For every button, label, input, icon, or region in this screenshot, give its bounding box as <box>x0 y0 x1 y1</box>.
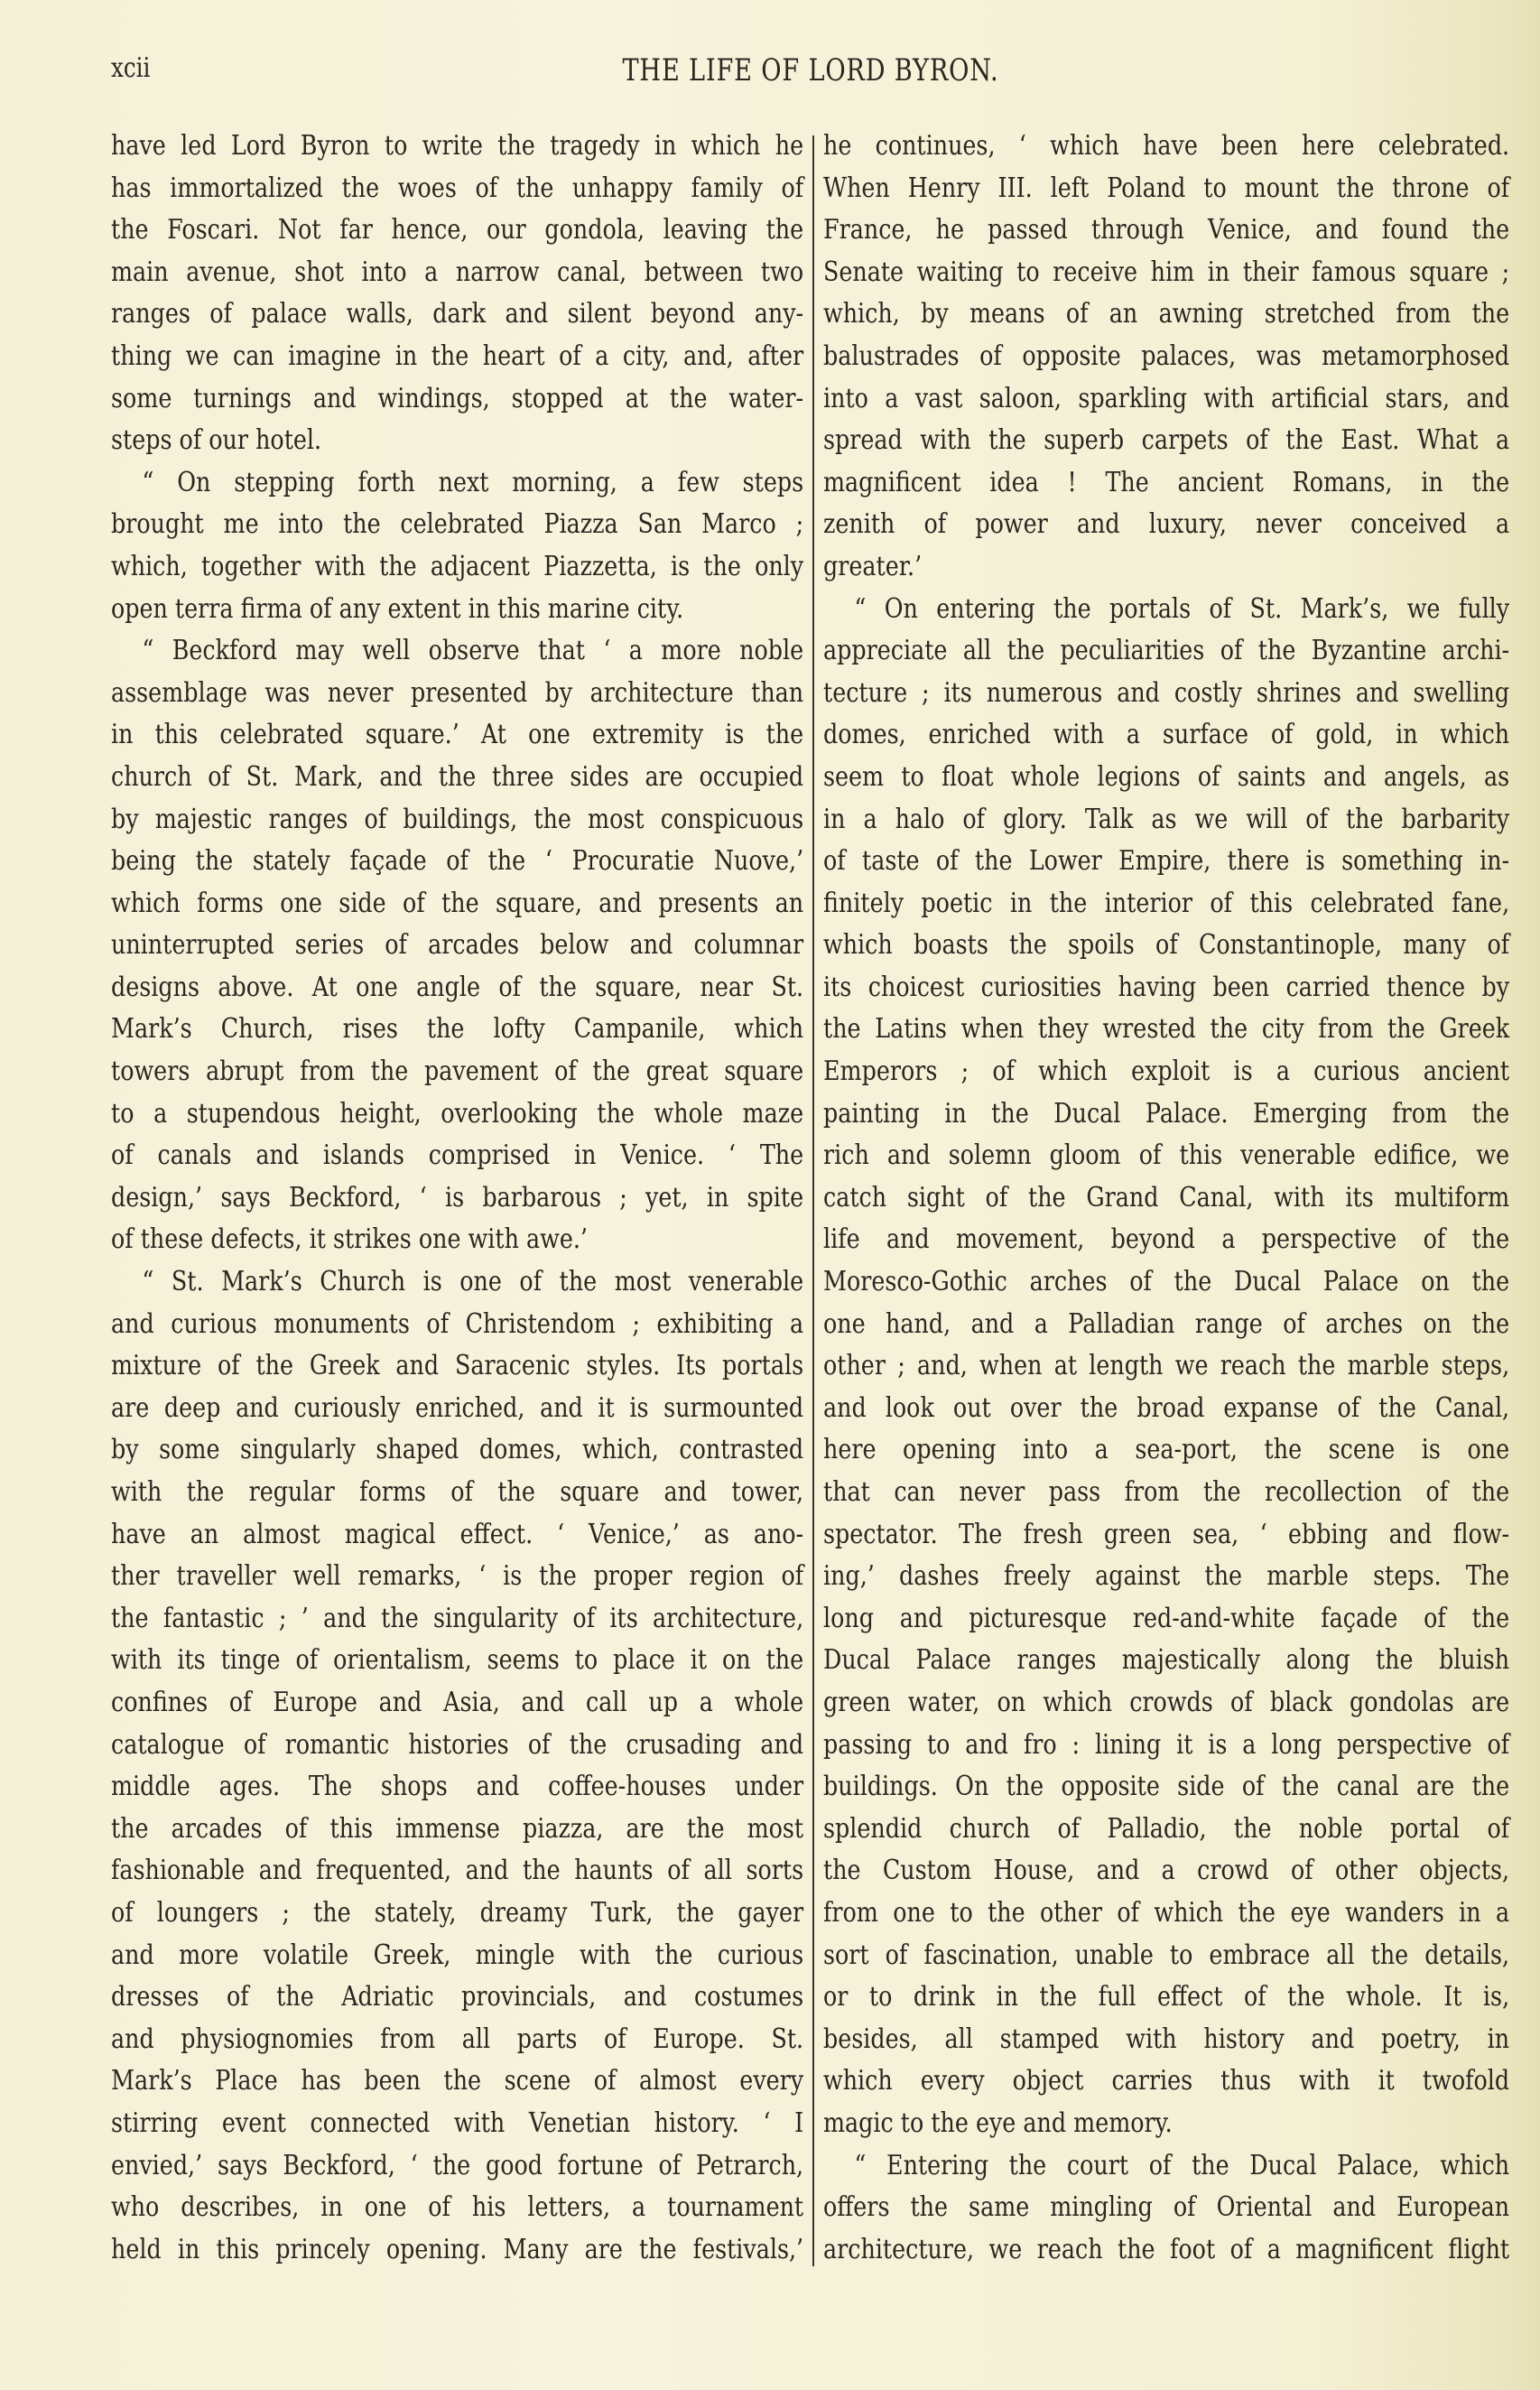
text-line: into a vast saloon, sparkling with artif… <box>823 377 1509 420</box>
text-line: which, together with the adjacent Piazze… <box>111 545 803 588</box>
text-line: magnificent idea ! The ancient Romans, i… <box>823 461 1509 504</box>
text-line: which every object carries thus with it … <box>823 2060 1509 2102</box>
right-column: he continues, ‘ which have been here cel… <box>823 125 1509 2270</box>
page-number: xcii <box>111 52 150 84</box>
text-line: Senate waiting to receive him in their f… <box>823 251 1509 293</box>
text-line: steps of our hotel. <box>111 419 803 461</box>
book-page: xcii THE LIFE OF LORD BYRON. have led Lo… <box>0 0 1540 2390</box>
text-line: other ; and, when at length we reach the… <box>823 1344 1509 1387</box>
text-line: France, he passed through Venice, and fo… <box>823 209 1509 251</box>
text-line: the Foscari. Not far hence, our gondola,… <box>111 209 803 251</box>
text-line: rich and solemn gloom of this venerable … <box>823 1134 1509 1176</box>
text-line: who describes, in one of his letters, a … <box>111 2186 803 2228</box>
text-line: and physiognomies from all parts of Euro… <box>111 2018 803 2060</box>
text-line: besides, all stamped with history and po… <box>823 2018 1509 2060</box>
text-line: ranges of palace walls, dark and silent … <box>111 293 803 335</box>
text-line: domes, enriched with a surface of gold, … <box>823 713 1509 756</box>
text-line: greater.’ <box>823 545 1509 588</box>
text-line: catalogue of romantic histories of the c… <box>111 1724 803 1766</box>
text-line: and curious monuments of Christendom ; e… <box>111 1303 803 1345</box>
text-line: has immortalized the woes of the unhappy… <box>111 167 803 209</box>
text-line: he continues, ‘ which have been here cel… <box>823 125 1509 167</box>
running-head: xcii THE LIFE OF LORD BYRON. <box>111 47 1510 92</box>
text-line: life and movement, beyond a perspective … <box>823 1218 1509 1260</box>
text-line: offers the same mingling of Oriental and… <box>823 2186 1509 2228</box>
text-line: have led Lord Byron to write the tragedy… <box>111 125 803 167</box>
text-line: Emperors ; of which exploit is a curious… <box>823 1050 1509 1093</box>
text-line: sort of fascination, unable to embrace a… <box>823 1934 1509 1976</box>
text-line: here opening into a sea-port, the scene … <box>823 1428 1509 1471</box>
text-line: spread with the superb carpets of the Ea… <box>823 419 1509 461</box>
text-line: middle ages. The shops and coffee-houses… <box>111 1765 803 1808</box>
text-line: in this celebrated square.’ At one extre… <box>111 713 803 756</box>
text-line: confines of Europe and Asia, and call up… <box>111 1681 803 1724</box>
text-line: envied,’ says Beckford, ‘ the good fortu… <box>111 2144 803 2187</box>
text-line: spectator. The fresh green sea, ‘ ebbing… <box>823 1513 1509 1556</box>
text-line: Moresco-Gothic arches of the Ducal Palac… <box>823 1260 1509 1303</box>
column-rule <box>812 135 814 2266</box>
text-line: When Henry III. left Poland to mount the… <box>823 167 1509 209</box>
text-line: mixture of the Greek and Saracenic style… <box>111 1344 803 1387</box>
text-line: the Custom House, and a crowd of other o… <box>823 1849 1509 1892</box>
text-line: main avenue, shot into a narrow canal, b… <box>111 251 803 293</box>
text-line: ther traveller well remarks, ‘ is the pr… <box>111 1555 803 1597</box>
text-line: “ Entering the court of the Ducal Palace… <box>823 2144 1509 2187</box>
text-line: buildings. On the opposite side of the c… <box>823 1765 1509 1808</box>
text-line: architecture, we reach the foot of a mag… <box>823 2228 1509 2271</box>
text-line: “ On stepping forth next morning, a few … <box>111 461 803 504</box>
text-line: designs above. At one angle of the squar… <box>111 966 803 1009</box>
text-line: passing to and fro : lining it is a long… <box>823 1724 1509 1766</box>
text-line: which boasts the spoils of Constantinopl… <box>823 924 1509 966</box>
text-line: by majestic ranges of buildings, the mos… <box>111 798 803 841</box>
text-line: thing we can imagine in the heart of a c… <box>111 335 803 377</box>
text-line: magic to the eye and memory. <box>823 2102 1509 2144</box>
text-line: long and picturesque red-and-white façad… <box>823 1597 1509 1640</box>
text-line: by some singularly shaped domes, which, … <box>111 1428 803 1471</box>
text-line: painting in the Ducal Palace. Emerging f… <box>823 1093 1509 1135</box>
text-line: Ducal Palace ranges majestically along t… <box>823 1639 1509 1681</box>
text-line: one hand, and a Palladian range of arche… <box>823 1303 1509 1345</box>
text-line: the Latins when they wrested the city fr… <box>823 1008 1509 1050</box>
text-line: with the regular forms of the square and… <box>111 1471 803 1513</box>
text-line: fashionable and frequented, and the haun… <box>111 1849 803 1892</box>
text-line: of loungers ; the stately, dreamy Turk, … <box>111 1892 803 1934</box>
text-line: zenith of power and luxury, never concei… <box>823 503 1509 545</box>
text-line: splendid church of Palladio, the noble p… <box>823 1808 1509 1850</box>
text-line: brought me into the celebrated Piazza Sa… <box>111 503 803 545</box>
text-line: of these defects, it strikes one with aw… <box>111 1218 803 1260</box>
text-line: the arcades of this immense piazza, are … <box>111 1808 803 1850</box>
running-title: THE LIFE OF LORD BYRON. <box>251 52 1370 88</box>
text-line: Mark’s Church, rises the lofty Campanile… <box>111 1008 803 1050</box>
text-line: of canals and islands comprised in Venic… <box>111 1134 803 1176</box>
text-line: and more volatile Greek, mingle with the… <box>111 1934 803 1976</box>
left-column: have led Lord Byron to write the tragedy… <box>111 125 803 2270</box>
text-line: that can never pass from the recollectio… <box>823 1471 1509 1513</box>
text-line: stirring event connected with Venetian h… <box>111 2102 803 2144</box>
text-line: Mark’s Place has been the scene of almos… <box>111 2060 803 2102</box>
text-line: “ St. Mark’s Church is one of the most v… <box>111 1260 803 1303</box>
text-line: held in this princely opening. Many are … <box>111 2228 803 2271</box>
text-line: which forms one side of the square, and … <box>111 882 803 925</box>
text-line: its choicest curiosities having been car… <box>823 966 1509 1009</box>
text-line: from one to the other of which the eye w… <box>823 1892 1509 1934</box>
text-line: tecture ; its numerous and costly shrine… <box>823 672 1509 714</box>
text-line: uninterrupted series of arcades below an… <box>111 924 803 966</box>
text-line: green water, on which crowds of black go… <box>823 1681 1509 1724</box>
text-line: church of St. Mark, and the three sides … <box>111 756 803 798</box>
text-line: are deep and curiously enriched, and it … <box>111 1387 803 1429</box>
text-line: seem to float whole legions of saints an… <box>823 756 1509 798</box>
text-line: and look out over the broad expanse of t… <box>823 1387 1509 1429</box>
text-line: being the stately façade of the ‘ Procur… <box>111 840 803 882</box>
text-line: have an almost magical effect. ‘ Venice,… <box>111 1513 803 1556</box>
text-line: the fantastic ; ’ and the singularity of… <box>111 1597 803 1640</box>
text-line: ing,’ dashes freely against the marble s… <box>823 1555 1509 1597</box>
text-line: catch sight of the Grand Canal, with its… <box>823 1176 1509 1219</box>
text-line: with its tinge of orientalism, seems to … <box>111 1639 803 1681</box>
text-line: finitely poetic in the interior of this … <box>823 882 1509 925</box>
text-line: some turnings and windings, stopped at t… <box>111 377 803 420</box>
text-line: design,’ says Beckford, ‘ is barbarous ;… <box>111 1176 803 1219</box>
text-line: to a stupendous height, overlooking the … <box>111 1093 803 1135</box>
text-line: or to drink in the full effect of the wh… <box>823 1976 1509 2018</box>
text-line: “ On entering the portals of St. Mark’s,… <box>823 588 1509 630</box>
text-line: of taste of the Lower Empire, there is s… <box>823 840 1509 882</box>
text-line: assemblage was never presented by archit… <box>111 672 803 714</box>
text-line: balustrades of opposite palaces, was met… <box>823 335 1509 377</box>
text-line: “ Beckford may well observe that ‘ a mor… <box>111 629 803 672</box>
text-line: which, by means of an awning stretched f… <box>823 293 1509 335</box>
text-line: open terra firma of any extent in this m… <box>111 588 803 630</box>
text-line: towers abrupt from the pavement of the g… <box>111 1050 803 1093</box>
text-line: dresses of the Adriatic provincials, and… <box>111 1976 803 2018</box>
text-line: in a halo of glory. Talk as we will of t… <box>823 798 1509 841</box>
text-line: appreciate all the peculiarities of the … <box>823 629 1509 672</box>
